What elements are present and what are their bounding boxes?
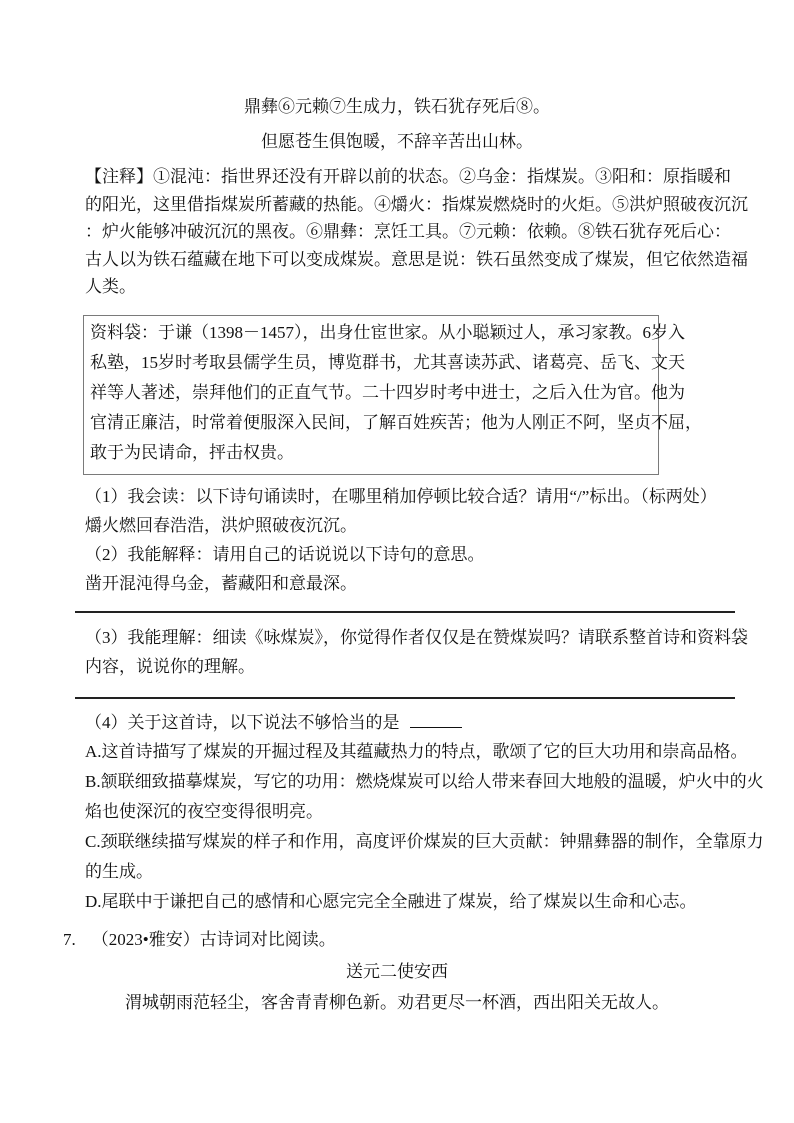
question-7-source: （2023•雅安）古诗词对比阅读。: [92, 930, 336, 949]
info-box-line: 资料袋：于谦（1398－1457），出身仕宦世家。从小聪颖过人，承习家教。6岁入: [90, 318, 652, 348]
question-2-verse: 凿开混沌得乌金，蓄藏阳和意最深。: [85, 569, 736, 598]
answer-blank: [410, 710, 462, 728]
annotation-line: 【注释】①混沌：指世界还没有开辟以前的状态。②乌金：指煤炭。③阳和：原指暖和: [85, 163, 734, 191]
poem-excerpt-line-1: 鼎彝⑥元赖⑦生成力，铁石犹存死后⑧。: [40, 0, 754, 118]
option-c: C.颈联继续描写煤炭的样子和作用，高度评价煤炭的巨大贡献：钟鼎彝器的制作，全靠原…: [85, 827, 736, 857]
option-a: A.这首诗描写了煤炭的开掘过程及其蕴藏热力的特点，歌颂了它的巨大功用和崇高品格。: [85, 737, 736, 767]
question-7-header: 7.（2023•雅安）古诗词对比阅读。: [63, 929, 736, 951]
worksheet-page: 鼎彝⑥元赖⑦生成力，铁石犹存死后⑧。 但愿苍生俱饱暖，不辞辛苦出山林。 【注释】…: [0, 0, 794, 1123]
question-1-prompt: （1）我会读：以下诗句诵读时，在哪里稍加停顿比较合适？请用“/”标出。（标两处）: [85, 482, 736, 511]
option-b-continued: 焰也使深沉的夜空变得很明亮。: [85, 797, 736, 827]
info-box: 资料袋：于谦（1398－1457），出身仕宦世家。从小聪颖过人，承习家教。6岁入…: [83, 315, 659, 475]
question-4-stem: （4）关于这首诗，以下说法不够恰当的是: [85, 708, 736, 737]
info-box-line: 祥等人著述，崇拜他们的正直气节。二十四岁时考中进士，之后入仕为官。他为: [90, 378, 652, 408]
info-box-line: 敢于为民请命，抨击权贵。: [90, 438, 652, 468]
question-3-prompt-continued: 内容，说说你的理解。: [85, 652, 736, 681]
question-7-number: 7.: [63, 930, 76, 949]
annotation-line: ：炉火能够冲破沉沉的黑夜。⑥鼎彝：烹饪工具。⑦元赖：依赖。⑧铁石犹存死后心：: [85, 218, 734, 246]
question-3-prompt: （3）我能理解：细读《咏煤炭》，你觉得作者仅仅是在赞煤炭吗？请联系整首诗和资料袋: [85, 623, 736, 652]
poem-2-verse: 渭城朝雨范轻尘，客舍青青柳色新。劝君更尽一杯酒，西出阳关无故人。: [0, 992, 794, 1014]
option-d: D.尾联中于谦把自己的感情和心愿完完全全融进了煤炭，给了煤炭以生命和心志。: [85, 887, 736, 917]
annotation-line: 的阳光，这里借指煤炭所蓄藏的热能。④爝火：指煤炭燃烧时的火炬。⑤洪炉照破夜沉沉: [85, 191, 734, 219]
question-1-verse: 爝火燃回春浩浩，洪炉照破夜沉沉。: [85, 511, 736, 540]
poem-2-title: 送元二使安西: [0, 961, 794, 983]
annotations-paragraph: 【注释】①混沌：指世界还没有开辟以前的状态。②乌金：指煤炭。③阳和：原指暖和 的…: [85, 163, 734, 301]
answer-line: [75, 611, 735, 613]
answer-line: [75, 697, 735, 699]
annotation-line: 古人以为铁石蕴藏在地下可以变成煤炭。意思是说：铁石虽然变成了煤炭，但它依然造福: [85, 246, 734, 274]
info-box-line: 私塾，15岁时考取县儒学生员，博览群书，尤其喜读苏武、诸葛亮、岳飞、文天: [90, 348, 652, 378]
poem-excerpt-line-2: 但愿苍生俱饱暖，不辞辛苦出山林。: [40, 131, 754, 153]
option-b: B.颔联细致描摹煤炭，写它的功用：燃烧煤炭可以给人带来春回大地般的温暖，炉火中的…: [85, 767, 736, 797]
annotation-line: 人类。: [85, 273, 734, 301]
option-c-continued: 的生成。: [85, 857, 736, 887]
info-box-line: 官清正廉洁，时常着便服深入民间，了解百姓疾苦；他为人刚正不阿，坚贞不屈，: [90, 408, 652, 438]
question-4-stem-text: （4）关于这首诗，以下说法不够恰当的是: [85, 713, 400, 732]
question-2-prompt: （2）我能解释：请用自己的话说说以下诗句的意思。: [85, 540, 736, 569]
